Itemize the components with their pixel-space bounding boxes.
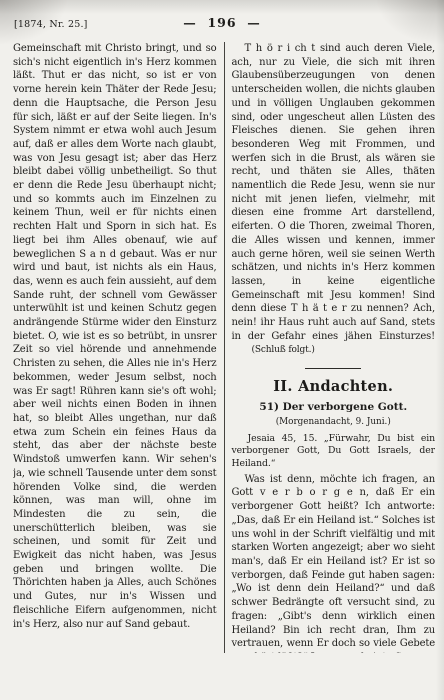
text-columns: Gemeinschaft mit Christo bringt, und so … [13, 42, 435, 653]
page-number: — 196 — [0, 15, 444, 30]
article-paragraph-right: T h ö r i ch t sind auch deren Viele, ac… [232, 42, 436, 358]
section-heading: II. Andachten. [232, 378, 436, 395]
article-paragraph-right-text: T h ö r i ch t sind auch deren Viele, ac… [232, 43, 436, 342]
devotion-body: Was ist denn, möchte ich fragen, an Gott… [232, 473, 436, 653]
section-divider-rule [305, 368, 361, 369]
left-column: Gemeinschaft mit Christo bringt, und so … [13, 42, 224, 653]
page-header: [1874, Nr. 25.] — 196 — [0, 15, 444, 35]
closing-note: (Schluß folgt.) [252, 345, 315, 355]
right-column: T h ö r i ch t sind auch deren Viele, ac… [225, 42, 436, 653]
scripture-quote: Jesaia 45, 15. „Fürwahr, Du bist ein ver… [232, 433, 436, 470]
scanned-page: [1874, Nr. 25.] — 196 — Gemeinschaft mit… [0, 0, 444, 700]
devotion-title: 51) Der verborgene Gott. [232, 401, 436, 413]
devotion-subtitle: (Morgenandacht, 9. Juni.) [232, 417, 436, 427]
article-paragraph-left: Gemeinschaft mit Christo bringt, und so … [13, 42, 217, 631]
